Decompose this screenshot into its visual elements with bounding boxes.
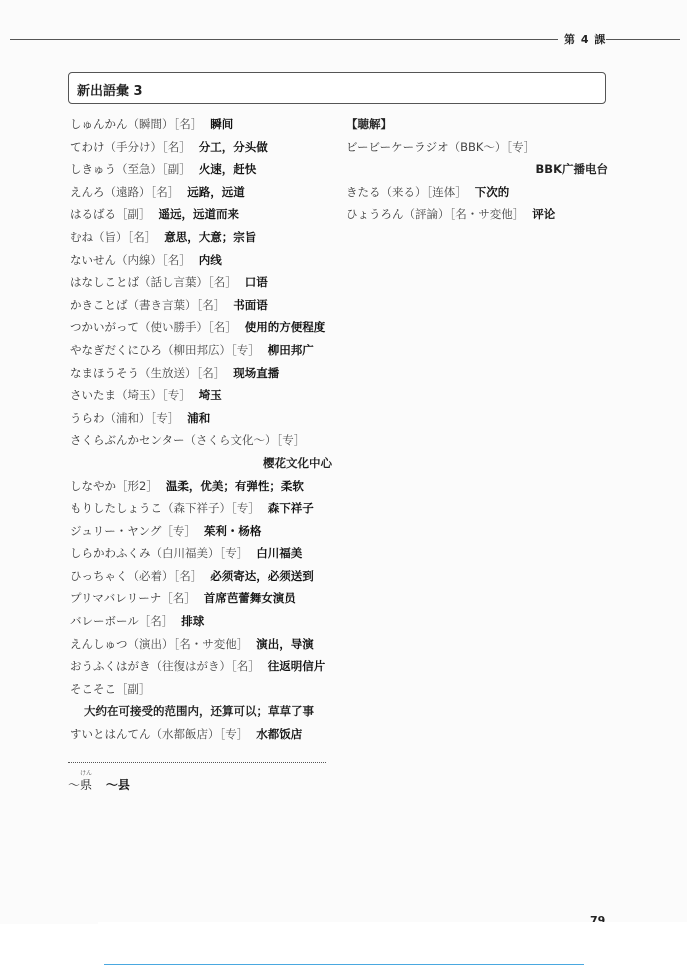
reading: てわけ <box>70 140 105 154</box>
part-of-speech: ［名］ <box>197 298 226 312</box>
vocab-entry: うらわ（浦和）［专］浦和 <box>70 407 332 430</box>
meaning: 柳田邦广 <box>268 343 314 357</box>
meaning: 现场直播 <box>233 366 279 380</box>
meaning: 浦和 <box>187 411 210 425</box>
part-of-speech: ［名］ <box>208 275 237 289</box>
vocab-entry: しなやか［形2］温柔，优美；有弹性；柔软 <box>70 475 332 498</box>
part-of-speech: ［副］ <box>162 162 191 176</box>
kanji: （書き言葉） <box>128 298 197 312</box>
part-of-speech: ［名］ <box>151 185 180 199</box>
reading: ジュリー・ヤング <box>70 524 161 538</box>
part-of-speech: ［名］ <box>197 366 226 380</box>
document-page: 第 4 課 新出語彙 3 しゅんかん（瞬間）［名］瞬间てわけ（手分け）［名］分工… <box>0 0 687 924</box>
vocab-entry: プリマバレリーナ［名］首席芭蕾舞女演员 <box>70 587 332 610</box>
kanji: （往復はがき） <box>151 659 232 673</box>
vocab-entry: すいとはんてん（水都飯店）［专］水都饭店 <box>70 723 332 746</box>
part-of-speech: ［名］ <box>139 614 174 628</box>
furigana: けん <box>80 768 92 777</box>
reading: しゅんかん <box>70 117 128 131</box>
header-rule <box>606 39 680 40</box>
vocab-entry: さくらぶんかセンター（さくら文化～）［专］ <box>70 429 332 452</box>
part-of-speech: ［名・サ変他］ <box>450 207 525 221</box>
vocab-entry: しらかわふくみ（白川福美）［专］白川福美 <box>70 542 332 565</box>
vocab-entry: おうふくはがき（往復はがき）［名］往返明信片 <box>70 655 332 678</box>
kanji: （遠路） <box>105 185 151 199</box>
kanji: （浦和） <box>105 411 151 425</box>
meaning: 演出，导演 <box>256 637 314 651</box>
reading: えんろ <box>70 185 105 199</box>
page-number: 79 <box>590 914 605 922</box>
reading: かきことば <box>70 298 128 312</box>
meaning-continuation: 樱花文化中心 <box>70 452 332 475</box>
vocab-entry: むね（旨）［名］意思，大意；宗旨 <box>70 226 332 249</box>
meaning: 埼玉 <box>199 388 222 402</box>
part-of-speech: ［连体］ <box>427 185 467 199</box>
kanji: （内線） <box>116 253 162 267</box>
meaning: 首席芭蕾舞女演员 <box>204 591 296 605</box>
meaning: 内线 <box>199 253 222 267</box>
reading: ひょうろん <box>346 207 404 221</box>
kanji: （旨） <box>93 230 128 244</box>
vocab-entry: そこそこ［副］ <box>70 678 332 701</box>
meaning: 下次的 <box>475 185 510 199</box>
meaning: 森下祥子 <box>268 501 314 515</box>
dotted-divider <box>68 762 326 763</box>
meaning: 温柔，优美；有弹性；柔软 <box>166 479 304 493</box>
part-of-speech: ［形2］ <box>116 479 158 493</box>
part-of-speech: ［名］ <box>231 659 260 673</box>
reading: はるばる <box>70 207 116 221</box>
part-of-speech: ［专］ <box>506 140 535 154</box>
kanji: （BBK～） <box>449 140 507 154</box>
meaning: 意思，大意；宗旨 <box>164 230 256 244</box>
reading: えんしゅつ <box>70 637 128 651</box>
meaning: 必须寄达，必须送到 <box>210 569 314 583</box>
part-of-speech: ［名］ <box>174 569 203 583</box>
part-of-speech: ［专］ <box>161 524 196 538</box>
meaning: 评论 <box>532 207 555 221</box>
part-of-speech: ［名］ <box>162 253 191 267</box>
part-of-speech: ［专］ <box>220 546 249 560</box>
meaning: 分工，分头做 <box>199 140 268 154</box>
vocab-entry: しゅんかん（瞬間）［名］瞬间 <box>70 113 332 136</box>
part-of-speech: ［专］ <box>231 501 260 515</box>
part-of-speech: ［名］ <box>128 230 157 244</box>
reading: ないせん <box>70 253 116 267</box>
listening-heading: 【聴解】 <box>346 113 608 136</box>
meaning: 茱利・杨格 <box>204 524 262 538</box>
part-of-speech: ［专］ <box>220 727 249 741</box>
vocab-entry: かきことば（書き言葉）［名］书面语 <box>70 294 332 317</box>
part-of-speech: ［名］ <box>161 591 196 605</box>
vocab-entry: てわけ（手分け）［名］分工，分头做 <box>70 136 332 159</box>
section-title: 新出語彙 3 <box>77 80 143 99</box>
vocab-entry: しきゅう（至急）［副］火速，赶快 <box>70 158 332 181</box>
reading: ビービーケーラジオ <box>346 140 449 154</box>
vocab-entry: えんろ（遠路）［名］远路，远道 <box>70 181 332 204</box>
kanji: （手分け） <box>105 140 163 154</box>
kanji: （演出） <box>128 637 174 651</box>
reading: プリマバレリーナ <box>70 591 161 605</box>
part-of-speech: ［专］ <box>231 343 260 357</box>
part-of-speech: ［副］ <box>116 207 151 221</box>
reading: つかいがって <box>70 320 139 334</box>
meaning: 书面语 <box>233 298 268 312</box>
reading: むね <box>70 230 93 244</box>
meaning: 白川福美 <box>256 546 302 560</box>
reading: なまほうそう <box>70 366 139 380</box>
reading: やなぎだくにひろ <box>70 343 162 357</box>
reading: さくらぶんかセンター <box>70 433 185 447</box>
reading: しきゅう <box>70 162 116 176</box>
part-of-speech: ［专］ <box>162 388 191 402</box>
meaning: 瞬间 <box>210 117 233 131</box>
kanji: （来る） <box>381 185 427 199</box>
vocab-entry: つかいがって（使い勝手）［名］使用的方便程度 <box>70 316 332 339</box>
kanji: （至急） <box>116 162 162 176</box>
reading: すいとはんてん <box>70 727 151 741</box>
kanji: （評論） <box>404 207 450 221</box>
meaning: 远路，远道 <box>187 185 245 199</box>
vocab-entry: はるばる［副］遥远，远道而来 <box>70 203 332 226</box>
kanji: （話し言葉） <box>139 275 208 289</box>
kanji: （必着） <box>128 569 174 583</box>
meaning: 往返明信片 <box>268 659 326 673</box>
vocab-entry: さいたま（埼玉）［专］埼玉 <box>70 384 332 407</box>
kanji: （瞬間） <box>128 117 174 131</box>
vocab-entry: えんしゅつ（演出）［名・サ変他］演出，导演 <box>70 633 332 656</box>
reading: きたる <box>346 185 381 199</box>
kanji: （埼玉） <box>116 388 162 402</box>
reading: しなやか <box>70 479 116 493</box>
meaning: 水都饭店 <box>256 727 302 741</box>
kanji: （生放送） <box>139 366 197 380</box>
reading: さいたま <box>70 388 116 402</box>
reading: ひっちゃく <box>70 569 128 583</box>
reading: うらわ <box>70 411 105 425</box>
extra-vocab-entry: けん ～県 ～县 <box>68 776 130 793</box>
part-of-speech: ［名・サ変他］ <box>174 637 249 651</box>
kanji: （柳田邦広） <box>162 343 231 357</box>
reading: しらかわふくみ <box>70 546 151 560</box>
kanji: （水都飯店） <box>151 727 220 741</box>
vocabulary-list-right: 【聴解】 ビービーケーラジオ（BBK～）［专］BBK广播电台きたる（来る）［连体… <box>346 113 608 226</box>
reading: はなしことば <box>70 275 139 289</box>
kanji: （さくら文化～） <box>185 433 277 447</box>
vocab-entry: もりしたしょうこ（森下祥子）［专］森下祥子 <box>70 497 332 520</box>
blue-underline <box>104 964 584 965</box>
section-title-box: 新出語彙 3 <box>68 72 606 104</box>
vocab-entry: やなぎだくにひろ（柳田邦広）［专］柳田邦广 <box>70 339 332 362</box>
part-of-speech: ［专］ <box>151 411 180 425</box>
part-of-speech: ［名］ <box>162 140 191 154</box>
reading: もりしたしょうこ <box>70 501 162 515</box>
meaning: 遥远，远道而来 <box>159 207 240 221</box>
meaning: 使用的方便程度 <box>245 320 326 334</box>
vocab-entry: きたる（来る）［连体］下次的 <box>346 181 608 204</box>
part-of-speech: ［副］ <box>116 682 151 696</box>
vocab-entry: なまほうそう（生放送）［名］现场直播 <box>70 362 332 385</box>
header-rule <box>10 39 558 40</box>
vocab-entry: バレーボール［名］排球 <box>70 610 332 633</box>
reading: おうふくはがき <box>70 659 151 673</box>
part-of-speech: ［专］ <box>277 433 306 447</box>
vocabulary-list-left: しゅんかん（瞬間）［名］瞬间てわけ（手分け）［名］分工，分头做しきゅう（至急）［… <box>70 113 332 746</box>
bottom-blank-area <box>98 922 687 969</box>
vocab-entry: ビービーケーラジオ（BBK～）［专］ <box>346 136 608 159</box>
reading: バレーボール <box>70 614 139 628</box>
meaning: 口语 <box>245 275 268 289</box>
part-of-speech: ［名］ <box>174 117 203 131</box>
meaning: 排球 <box>181 614 204 628</box>
part-of-speech: ［名］ <box>208 320 237 334</box>
kanji: （森下祥子） <box>162 501 231 515</box>
vocab-entry: ジュリー・ヤング［专］茱利・杨格 <box>70 520 332 543</box>
vocab-entry: ないせん（内線）［名］内线 <box>70 249 332 272</box>
kanji: （白川福美） <box>151 546 220 560</box>
meaning: ～县 <box>106 778 130 792</box>
term: ～県 <box>68 778 92 792</box>
reading: そこそこ <box>70 682 116 696</box>
vocab-entry: ひょうろん（評論）［名・サ変他］评论 <box>346 203 608 226</box>
chapter-label: 第 4 課 <box>564 31 606 47</box>
meaning-continuation: 大约在可接受的范围内，还算可以；草草了事 <box>70 700 332 723</box>
meaning-continuation: BBK广播电台 <box>346 158 608 181</box>
vocab-entry: はなしことば（話し言葉）［名］口语 <box>70 271 332 294</box>
vocab-entry: ひっちゃく（必着）［名］必须寄达，必须送到 <box>70 565 332 588</box>
meaning: 火速，赶快 <box>199 162 257 176</box>
kanji: （使い勝手） <box>139 320 208 334</box>
